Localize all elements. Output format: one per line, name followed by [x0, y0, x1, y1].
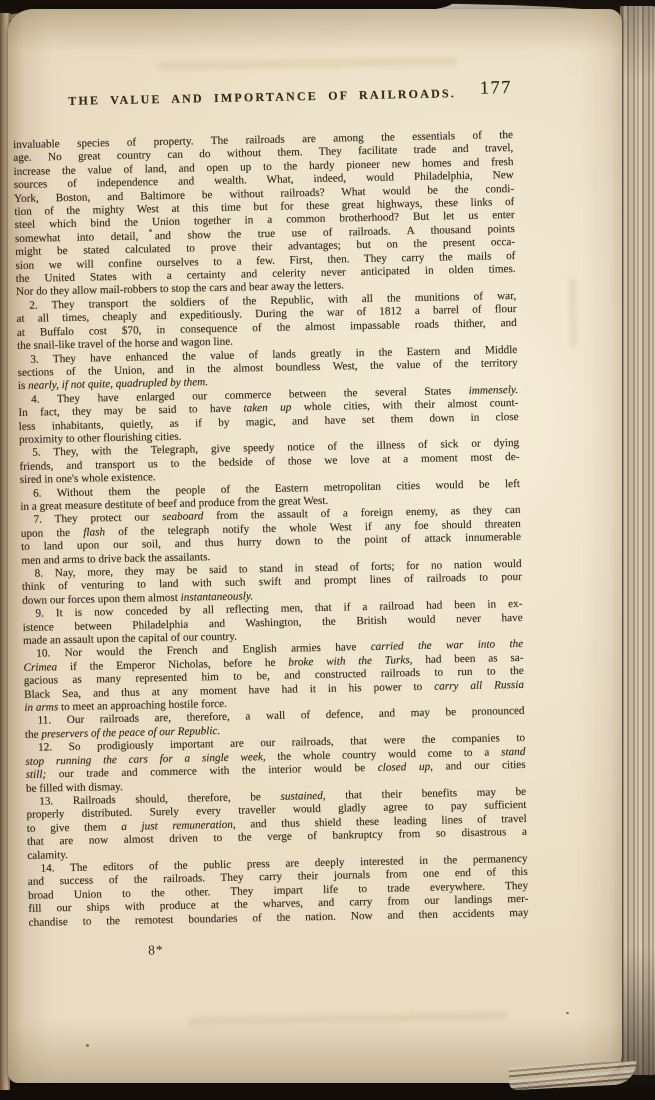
page-number: 177: [480, 78, 513, 100]
show-through-smudge: [188, 1011, 508, 1026]
show-through-smudge: [158, 56, 458, 70]
page-body-text: invaluable species of property. The rail…: [13, 129, 529, 930]
foxing-spot: [566, 1012, 569, 1014]
foxing-spot: [149, 229, 152, 232]
foxing-spot: [86, 1044, 89, 1047]
show-through-smudge: [568, 278, 577, 348]
book-fore-edge: [620, 6, 655, 1075]
book-photo: THE VALUE AND IMPORTANCE OF RAILROADS. 1…: [0, 0, 655, 1100]
printed-area: THE VALUE AND IMPORTANCE OF RAILROADS. 1…: [12, 85, 529, 961]
